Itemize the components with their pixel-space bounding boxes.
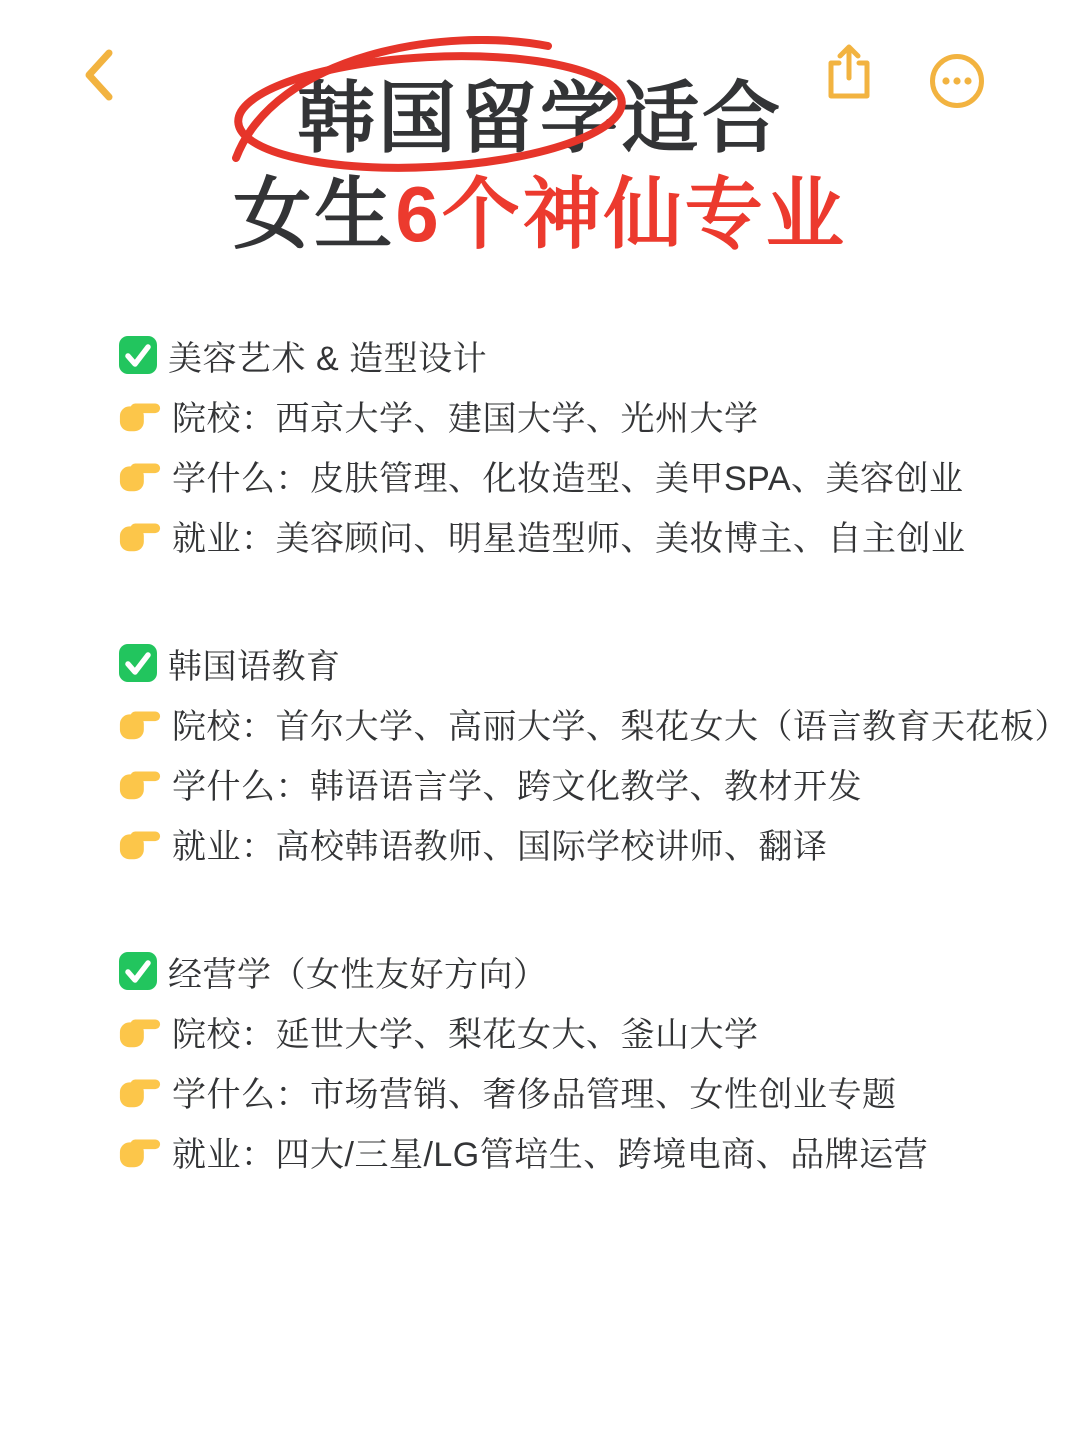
row-career: 就业：高校韩语教师、国际学校讲师、翻译 bbox=[118, 813, 1074, 873]
pointing-right-icon bbox=[118, 1131, 162, 1171]
row-label: 就业： bbox=[172, 1127, 276, 1176]
row-label: 院校： bbox=[172, 1007, 276, 1056]
section-heading: 经营学（女性友好方向） bbox=[118, 941, 1074, 1001]
row-text: 四大/三星/LG管培生、跨境电商、品牌运营 bbox=[276, 1127, 929, 1176]
pointing-right-icon bbox=[118, 395, 162, 435]
row-study: 学什么：皮肤管理、化妆造型、美甲SPA、美容创业 bbox=[118, 445, 1074, 505]
row-label: 院校： bbox=[172, 391, 276, 440]
row-text: 市场营销、奢侈品管理、女性创业专题 bbox=[310, 1067, 897, 1116]
section-heading: 韩国语教育 bbox=[118, 633, 1074, 693]
row-career: 就业：美容顾问、明星造型师、美妆博主、自主创业 bbox=[118, 505, 1074, 565]
row-label: 学什么： bbox=[172, 759, 310, 808]
pointing-right-icon bbox=[118, 1011, 162, 1051]
pointing-right-icon bbox=[118, 703, 162, 743]
check-icon bbox=[118, 950, 158, 992]
section-heading-text: 经营学（女性友好方向） bbox=[168, 947, 548, 996]
section-heading: 美容艺术 & 造型设计 bbox=[118, 325, 1074, 385]
row-text: 高校韩语教师、国际学校讲师、翻译 bbox=[276, 819, 828, 868]
row-label: 就业： bbox=[172, 819, 276, 868]
title-line2-dark: 女生 bbox=[233, 170, 395, 258]
row-label: 就业： bbox=[172, 511, 276, 560]
title-line1: 韩国留学适合 bbox=[0, 70, 1080, 166]
row-text: 西京大学、建国大学、光州大学 bbox=[276, 391, 759, 440]
pointing-right-icon bbox=[118, 1071, 162, 1111]
title-line2: 女生6个神仙专业 bbox=[0, 166, 1080, 262]
pointing-right-icon bbox=[118, 515, 162, 555]
row-text: 美容顾问、明星造型师、美妆博主、自主创业 bbox=[276, 511, 966, 560]
section-heading-text: 美容艺术 & 造型设计 bbox=[168, 331, 487, 380]
section-business-administration: 经营学（女性友好方向） 院校：延世大学、梨花女大、釜山大学 学什么：市场营销、奢… bbox=[118, 941, 1074, 1181]
title-line1-rest: 适合 bbox=[621, 74, 783, 162]
row-text: 首尔大学、高丽大学、梨花女大（语言教育天花板） bbox=[276, 699, 1070, 748]
row-label: 学什么： bbox=[172, 451, 310, 500]
section-heading-text: 韩国语教育 bbox=[168, 639, 341, 688]
check-icon bbox=[118, 642, 158, 684]
row-study: 学什么：韩语语言学、跨文化教学、教材开发 bbox=[118, 753, 1074, 813]
row-label: 院校： bbox=[172, 699, 276, 748]
pointing-right-icon bbox=[118, 763, 162, 803]
row-schools: 院校：首尔大学、高丽大学、梨花女大（语言教育天花板） bbox=[118, 693, 1074, 753]
pointing-right-icon bbox=[118, 823, 162, 863]
title-circled-text: 韩国留学 bbox=[297, 74, 621, 162]
row-label: 学什么： bbox=[172, 1067, 310, 1116]
pointing-right-icon bbox=[118, 455, 162, 495]
row-study: 学什么：市场营销、奢侈品管理、女性创业专题 bbox=[118, 1061, 1074, 1121]
row-text: 延世大学、梨花女大、釜山大学 bbox=[276, 1007, 759, 1056]
row-text: 皮肤管理、化妆造型、美甲SPA、美容创业 bbox=[310, 451, 964, 500]
page-title: 韩国留学适合 女生6个神仙专业 bbox=[0, 70, 1080, 262]
row-schools: 院校：延世大学、梨花女大、釜山大学 bbox=[118, 1001, 1074, 1061]
section-korean-language-education: 韩国语教育 院校：首尔大学、高丽大学、梨花女大（语言教育天花板） 学什么：韩语语… bbox=[118, 633, 1074, 873]
title-line2-red: 6个神仙专业 bbox=[395, 170, 846, 258]
note-body: 美容艺术 & 造型设计 院校：西京大学、建国大学、光州大学 学什么：皮肤管理、化… bbox=[118, 325, 1074, 1181]
row-schools: 院校：西京大学、建国大学、光州大学 bbox=[118, 385, 1074, 445]
row-career: 就业：四大/三星/LG管培生、跨境电商、品牌运营 bbox=[118, 1121, 1074, 1181]
row-text: 韩语语言学、跨文化教学、教材开发 bbox=[310, 759, 862, 808]
check-icon bbox=[118, 334, 158, 376]
section-beauty-art: 美容艺术 & 造型设计 院校：西京大学、建国大学、光州大学 学什么：皮肤管理、化… bbox=[118, 325, 1074, 565]
